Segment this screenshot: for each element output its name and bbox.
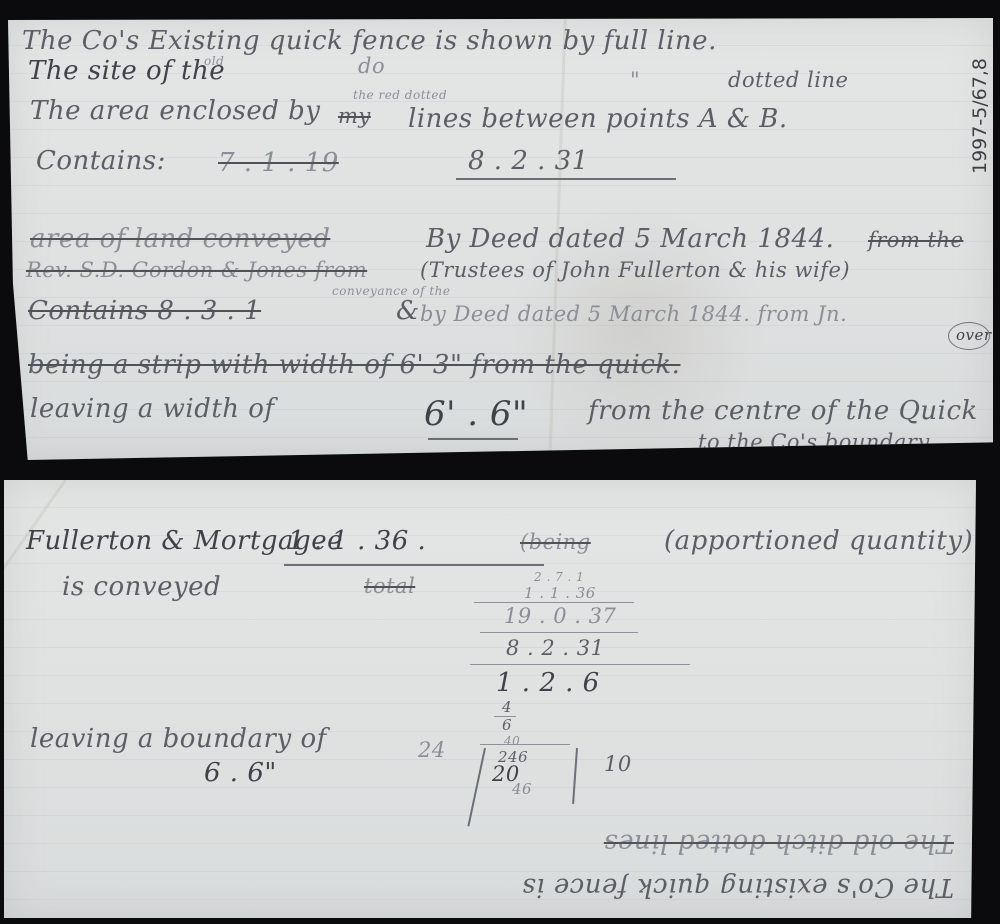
upside-quick-fence: The Co's existing quick fence is bbox=[522, 872, 954, 902]
bottom-paper-slip: Fullerton & Mortgagee 1 . 1 . 36 . (bein… bbox=[4, 480, 976, 918]
is-conveyed: is conveyed bbox=[62, 572, 221, 602]
line-area-enclosed: The area enclosed by bbox=[30, 96, 320, 126]
struck-being: (being bbox=[520, 530, 591, 554]
catalog-number: 1997-5/67,8 bbox=[969, 58, 991, 174]
top-paper-slip: The Co's Existing quick fence is shown b… bbox=[8, 18, 993, 460]
calc-forty: 40 bbox=[504, 734, 520, 748]
calc-frac-den: 6 bbox=[502, 716, 512, 734]
ditto-do: do bbox=[358, 54, 385, 78]
calc-row-1: 2 . 7 . 1 bbox=[534, 570, 584, 584]
width-6-6: 6' . 6" bbox=[424, 394, 528, 434]
area-8-2-31: 8 . 2 . 31 bbox=[468, 146, 589, 176]
calc-quotient: 10 bbox=[604, 752, 632, 776]
struck-my: my bbox=[338, 104, 371, 128]
underline-area bbox=[456, 178, 676, 180]
calc-result: 1 . 2 . 6 bbox=[496, 668, 600, 698]
calc-frac-num: 4 bbox=[502, 698, 512, 716]
insert-red-dotted: the red dotted bbox=[353, 88, 447, 102]
calc-rule-4 bbox=[480, 744, 570, 745]
leaving-boundary-value: 6 . 6" bbox=[204, 758, 277, 788]
line-deed-from-jn: by Deed dated 5 March 1844. from Jn. bbox=[420, 302, 847, 326]
line-leaving-width: leaving a width of bbox=[30, 394, 275, 424]
underline-apportioned bbox=[284, 564, 544, 566]
total-label: total bbox=[364, 574, 415, 598]
line-co-boundary: to the Co's boundary bbox=[698, 430, 930, 454]
calc-divisor: 24 bbox=[418, 738, 446, 762]
ditto-mark: " bbox=[630, 68, 640, 92]
calc-rule-3 bbox=[470, 664, 690, 665]
calc-remainder: 46 bbox=[512, 780, 532, 798]
struck-rev-gordon: Rev. S.D. Gordon & Jones from bbox=[26, 258, 367, 282]
upside-down-note: The Co's existing quick fence is The old… bbox=[544, 810, 964, 910]
line-deed-dated: By Deed dated 5 March 1844. bbox=[426, 224, 834, 254]
leaving-boundary-label: leaving a boundary of bbox=[30, 724, 327, 754]
upside-struck-ditch: The old ditch dotted lines bbox=[604, 828, 954, 858]
division-bracket-right bbox=[572, 748, 577, 804]
struck-strip-width: being a strip with width of 6' 3" from t… bbox=[28, 350, 680, 380]
dotted-line-label: dotted line bbox=[728, 68, 848, 92]
over-circle bbox=[948, 322, 990, 350]
line-centre-quick: from the centre of the Quick bbox=[588, 396, 978, 426]
division-bracket-left bbox=[467, 748, 485, 827]
struck-contains-8-3-1: Contains 8 . 3 . 1 bbox=[28, 296, 261, 326]
struck-area-conveyed: area of land conveyed bbox=[30, 224, 330, 254]
struck-from-the: from the bbox=[868, 228, 963, 252]
underline-width bbox=[428, 438, 518, 440]
document-photo: The Co's Existing quick fence is shown b… bbox=[0, 0, 1000, 924]
insert-old: old bbox=[204, 54, 224, 68]
apportioned-quantity: (apportioned quantity) bbox=[664, 526, 973, 556]
label-contains: Contains: bbox=[36, 146, 166, 176]
apportioned-area: 1 . 1 . 36 . bbox=[288, 526, 426, 556]
line-fence-description: The Co's Existing quick fence is shown b… bbox=[22, 26, 717, 56]
line-trustees: (Trustees of John Fullerton & his wife) bbox=[420, 258, 850, 282]
calc-rule-2 bbox=[480, 632, 638, 633]
calc-subtract: 8 . 2 . 31 bbox=[506, 636, 605, 660]
calc-total: 19 . 0 . 37 bbox=[504, 604, 616, 628]
calc-row-2: 1 . 1 . 36 bbox=[524, 584, 596, 602]
insert-conveyance: conveyance of the bbox=[332, 284, 451, 298]
line-site-old: The site of the bbox=[28, 56, 225, 86]
ampersand: & bbox=[396, 296, 420, 326]
line-between-points: lines between points A & B. bbox=[408, 104, 788, 134]
struck-area-7-1-19: 7 . 1 . 19 bbox=[218, 148, 339, 178]
calc-rule-1 bbox=[474, 602, 634, 603]
